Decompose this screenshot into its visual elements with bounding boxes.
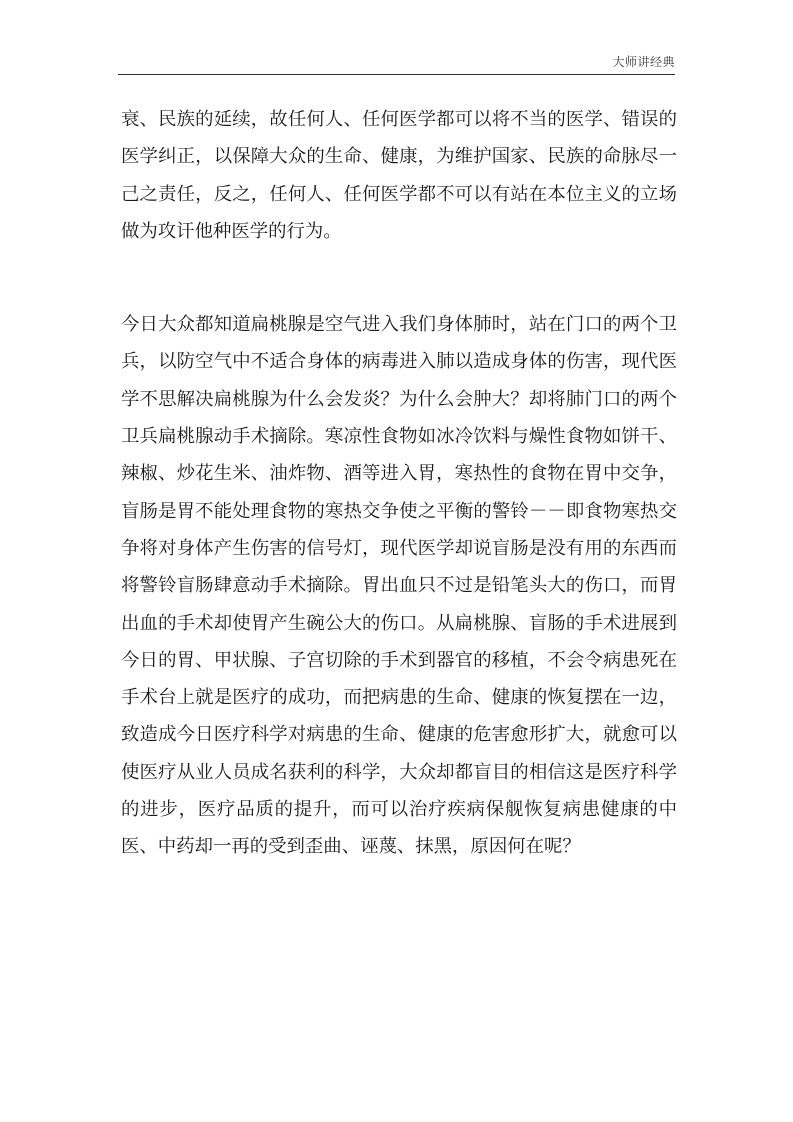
paragraph-spacer bbox=[121, 250, 677, 306]
paragraph-1: 衰、民族的延续，故任何人、任何医学都可以将不当的医学、错误的医学纠正，以保障大众… bbox=[121, 101, 677, 250]
document-body: 衰、民族的延续，故任何人、任何医学都可以将不当的医学、错误的医学纠正，以保障大众… bbox=[121, 101, 677, 866]
page-header: 大师讲经典 bbox=[118, 50, 675, 75]
paragraph-2: 今日大众都知道扁桃腺是空气进入我们身体肺时，站在门口的两个卫兵，以防空气中不适合… bbox=[121, 306, 677, 865]
header-title: 大师讲经典 bbox=[612, 53, 675, 70]
